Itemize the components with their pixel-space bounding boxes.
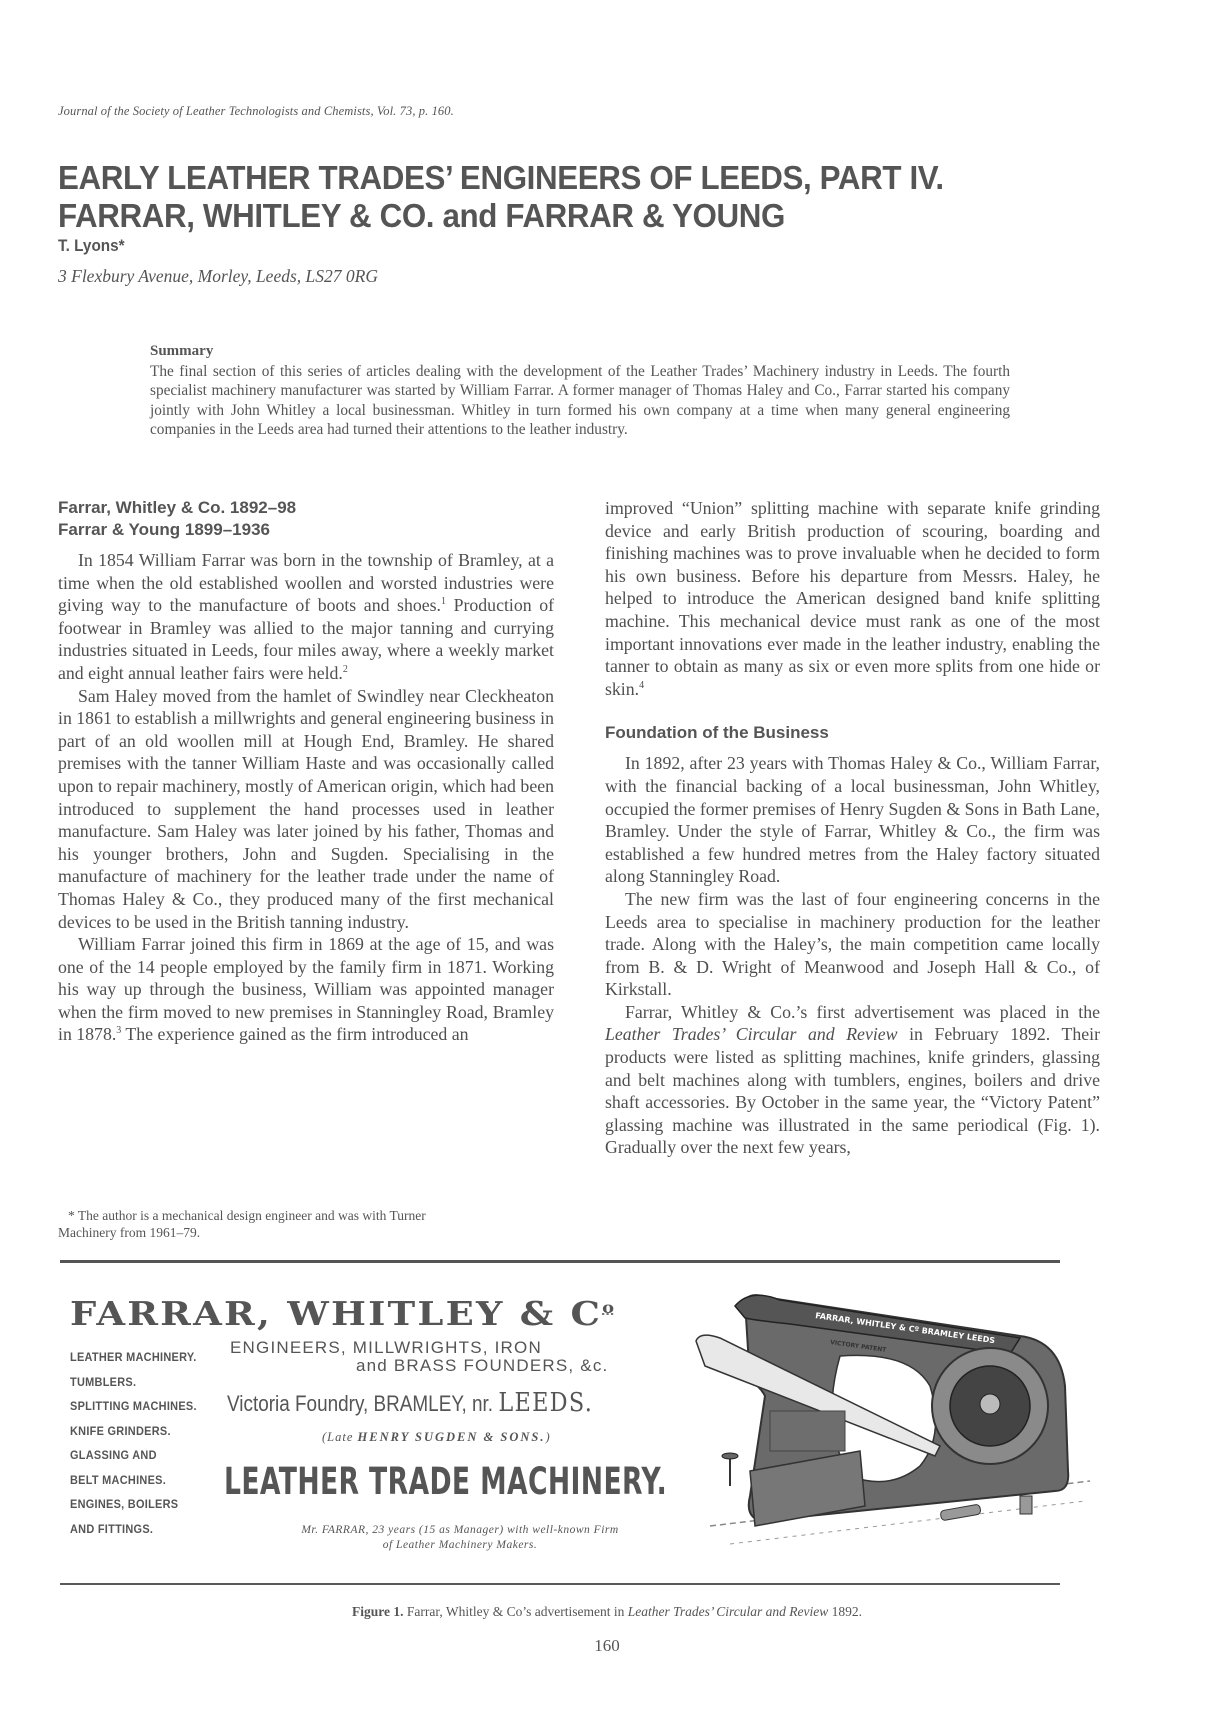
paragraph: improved “Union” splitting machine with … [605, 497, 1100, 700]
paragraph: Farrar, Whitley & Co.’s first advertisem… [605, 1001, 1100, 1159]
title-line-1: EARLY LEATHER TRADES’ ENGINEERS OF LEEDS… [58, 160, 944, 198]
right-column: improved “Union” splitting machine with … [605, 497, 1100, 1159]
article-title: EARLY LEATHER TRADES’ ENGINEERS OF LEEDS… [58, 160, 944, 236]
summary-heading: Summary [150, 342, 1010, 362]
heading-line-2: Farrar & Young 1899–1936 [58, 519, 554, 541]
figure-bottom-rule [60, 1583, 1060, 1585]
section-heading-company-dates: Farrar, Whitley & Co. 1892–98 Farrar & Y… [58, 497, 554, 541]
journal-citation: Journal of the Society of Leather Techno… [58, 104, 454, 119]
page-number: 160 [0, 1636, 1214, 1656]
summary-text: The final section of this series of arti… [150, 362, 1010, 440]
ad-product: KNIFE GRINDERS. [70, 1420, 197, 1445]
author-name: T. Lyons* [58, 236, 125, 256]
footnote-ref[interactable]: 2 [343, 664, 348, 675]
figure-top-rule [60, 1260, 1060, 1263]
author-footnote: * The author is a mechanical design engi… [58, 1207, 558, 1241]
paragraph: In 1892, after 23 years with Thomas Hale… [605, 752, 1100, 888]
figure-advertisement: FARRAR, WHITLEY & Co LEATHER MACHINERY. … [60, 1266, 1060, 1581]
left-column: Farrar, Whitley & Co. 1892–98 Farrar & Y… [58, 497, 554, 1046]
ad-product: ENGINES, BOILERS [70, 1493, 197, 1518]
ad-product: AND FITTINGS. [70, 1518, 197, 1543]
ad-product: GLASSING AND [70, 1444, 197, 1469]
section-heading-foundation: Foundation of the Business [605, 722, 1100, 744]
ad-manager-note: Mr. FARRAR, 23 years (15 as Manager) wit… [250, 1523, 670, 1553]
ad-product: TUMBLERS. [70, 1371, 197, 1396]
ad-trades-line-2: and BRASS FOUNDERS, &c. [356, 1356, 608, 1376]
paragraph: Sam Haley moved from the hamlet of Swind… [58, 685, 554, 934]
title-line-2: FARRAR, WHITLEY & CO. and FARRAR & YOUNG [58, 198, 944, 236]
paragraph: The new firm was the last of four engine… [605, 888, 1100, 1001]
ad-product: LEATHER MACHINERY. [70, 1346, 197, 1371]
ad-headline: LEATHER TRADE MACHINERY. [224, 1460, 667, 1503]
author-address: 3 Flexbury Avenue, Morley, Leeds, LS27 0… [58, 266, 378, 287]
ad-product-list: LEATHER MACHINERY. TUMBLERS. SPLITTING M… [70, 1348, 197, 1542]
ad-late-note: (Late HENRY SUGDEN & SONS.) [322, 1430, 551, 1445]
summary-block: Summary The final section of this series… [150, 342, 1010, 440]
ad-product: SPLITTING MACHINES. [70, 1395, 197, 1420]
figure-caption: Figure 1. Farrar, Whitley & Co’s adverti… [0, 1604, 1214, 1620]
paragraph: William Farrar joined this firm in 1869 … [58, 933, 554, 1046]
paragraph: In 1854 William Farrar was born in the t… [58, 549, 554, 685]
heading-line-1: Farrar, Whitley & Co. 1892–98 [58, 497, 554, 519]
splitting-machine-illustration-icon: FARRAR, WHITLEY & Cº BRAMLEY LEEDS VICTO… [690, 1276, 1100, 1561]
ad-product: BELT MACHINES. [70, 1469, 197, 1494]
ad-trades-line-1: ENGINEERS, MILLWRIGHTS, IRON [230, 1338, 542, 1358]
ad-address: Victoria Foundry, BRAMLEY, nr. LEEDS. [227, 1388, 593, 1418]
ad-company-name: FARRAR, WHITLEY & Co [70, 1294, 616, 1333]
footnote-ref[interactable]: 4 [639, 680, 644, 691]
